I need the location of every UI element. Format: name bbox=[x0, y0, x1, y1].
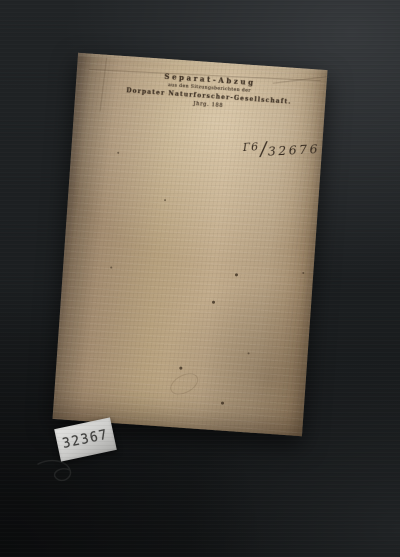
foxing-speck bbox=[179, 367, 182, 370]
foxing-speck bbox=[235, 273, 238, 276]
publisher-stamp: Separat-Abzug aus den Sitzungsberichten … bbox=[75, 66, 327, 116]
foxing-speck bbox=[117, 152, 119, 154]
shelfmark-prefix: Г6 bbox=[243, 140, 260, 154]
inventory-number: 32367 bbox=[61, 427, 110, 452]
shelfmark-number: 32676 bbox=[267, 141, 320, 159]
foxing-speck bbox=[164, 199, 166, 201]
offprint-cover: Separat-Abzug aus den Sitzungsberichten … bbox=[53, 53, 328, 437]
foxing-speck bbox=[221, 402, 224, 405]
shelfmark-handwriting: Г6/32676 bbox=[242, 136, 320, 162]
foxing-speck bbox=[302, 272, 304, 274]
shelfmark-slash: / bbox=[260, 138, 268, 160]
paper-smudge bbox=[167, 369, 202, 399]
foxing-speck bbox=[212, 301, 215, 304]
foxing-speck bbox=[247, 352, 249, 354]
photo-background: Separat-Abzug aus den Sitzungsberichten … bbox=[0, 0, 400, 557]
foxing-speck bbox=[110, 266, 112, 268]
inventory-label: 32367 bbox=[54, 417, 117, 461]
